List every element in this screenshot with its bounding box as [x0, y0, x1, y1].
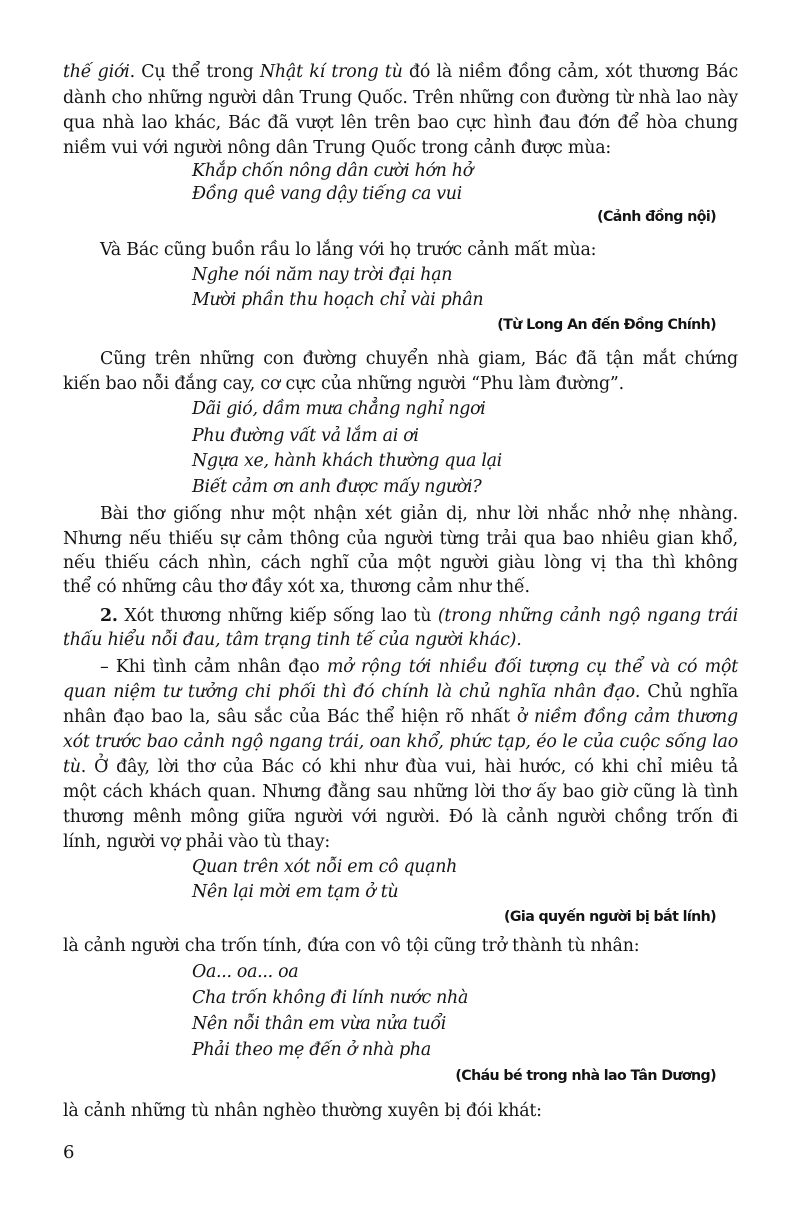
text: . Chủ nghĩa — [635, 682, 738, 702]
page-number: 6 — [63, 1142, 74, 1163]
poem-line: Cha trốn không đi lính nước nhà — [192, 986, 468, 1010]
paragraph-line: kiến bao nỗi đắng cay, cơ cực của những … — [63, 372, 624, 396]
poem-line: Phải theo mẹ đến ở nhà pha — [192, 1038, 431, 1062]
poem-line: Mười phần thu hoạch chỉ vài phân — [192, 288, 483, 312]
italic-phrase: xót trước bao cảnh ngộ ngang trái, oan k… — [63, 732, 738, 752]
poem-line: Khắp chốn nông dân cười hớn hở — [192, 159, 473, 183]
paragraph-line: tù. Ở đây, lời thơ của Bác có khi như đù… — [63, 755, 738, 779]
italic-phrase: (trong những cảnh ngộ ngang trái — [438, 606, 738, 626]
paragraph-line: quan niệm tư tưởng chi phối thì đó chính… — [63, 680, 738, 704]
poem-line: Oa... oa... oa — [192, 960, 298, 984]
italic-phrase: thấu hiểu nỗi đau, tâm trạng tinh tế của… — [63, 630, 522, 650]
poem-line: Nghe nói năm nay trời đại hạn — [192, 263, 452, 287]
poem-source: (Gia quyến người bị bắt lính) — [504, 907, 716, 927]
paragraph-line: niềm vui với người nông dân Trung Quốc t… — [63, 136, 611, 160]
paragraph-line: thế giới. Cụ thể trong Nhật kí trong tù … — [63, 60, 738, 84]
paragraph-line: thấu hiểu nỗi đau, tâm trạng tinh tế của… — [63, 628, 522, 652]
poem-source: (Cảnh đồng nội) — [597, 207, 716, 227]
poem-line: Nên lại mời em tạm ở tù — [192, 880, 398, 904]
paragraph-line: thể có những câu thơ đầy xót xa, thương … — [63, 575, 530, 599]
text: đó là niềm đồng cảm, xót thương Bác — [403, 62, 738, 82]
italic-phrase: tù — [63, 757, 81, 777]
poem-source: (Cháu bé trong nhà lao Tân Dương) — [455, 1066, 716, 1086]
italic-phrase: niềm đồng cảm thương — [534, 707, 738, 727]
paragraph-line: dành cho những người dân Trung Quốc. Trê… — [63, 86, 738, 110]
poem-line: Ngựa xe, hành khách thường qua lại — [192, 449, 502, 473]
paragraph-line: Bài thơ giống như một nhận xét giản dị, … — [100, 502, 738, 526]
paragraph-line: một cách khách quan. Nhưng đằng sau nhữn… — [63, 780, 738, 804]
text: – Khi tình cảm nhân đạo — [100, 657, 327, 677]
poem-line: Đồng quê vang dậy tiếng ca vui — [192, 182, 462, 206]
section-heading: Xót thương những kiếp sống lao tù — [118, 606, 438, 626]
italic-phrase: thế giới — [63, 62, 130, 82]
paragraph-line: qua nhà lao khác, Bác đã vượt lên trên b… — [63, 111, 738, 135]
paragraph-line: Và Bác cũng buồn rầu lo lắng với họ trướ… — [100, 238, 596, 262]
paragraph-line: lính, người vợ phải vào tù thay: — [63, 830, 330, 854]
poem-line: Phu đường vất vả lắm ai ơi — [192, 424, 419, 448]
section-number: 2. — [100, 606, 118, 626]
text: nhân đạo bao la, sâu sắc của Bác thể hiệ… — [63, 707, 534, 727]
section-heading-line: 2. Xót thương những kiếp sống lao tù (tr… — [100, 604, 738, 628]
italic-phrase: mở rộng tới nhiều đối tượng cụ thể và có… — [327, 657, 738, 677]
paragraph-line: thương mênh mông giữa người với người. Đ… — [63, 805, 738, 829]
poem-source: (Từ Long An đến Đồng Chính) — [497, 315, 716, 335]
paragraph-line: nếu thiếu cách nhìn, cách nghĩ của một n… — [63, 551, 738, 575]
poem-line: Quan trên xót nỗi em cô quạnh — [192, 855, 457, 879]
paragraph-line: là cảnh những tù nhân nghèo thường xuyên… — [63, 1099, 542, 1123]
poem-line: Biết cảm ơn anh được mấy người? — [192, 475, 481, 499]
poem-line: Dãi gió, dầm mưa chẳng nghỉ ngơi — [192, 397, 486, 421]
paragraph-line: – Khi tình cảm nhân đạo mở rộng tới nhiề… — [100, 655, 738, 679]
text: . Ở đây, lời thơ của Bác có khi như đùa … — [81, 757, 738, 777]
text: . Cụ thể trong — [130, 62, 260, 82]
paragraph-line: nhân đạo bao la, sâu sắc của Bác thể hiệ… — [63, 705, 738, 729]
paragraph-line: xót trước bao cảnh ngộ ngang trái, oan k… — [63, 730, 738, 754]
book-title: Nhật kí trong tù — [260, 62, 403, 82]
paragraph-line: là cảnh người cha trốn tính, đứa con vô … — [63, 934, 639, 958]
poem-line: Nên nỗi thân em vừa nửa tuổi — [192, 1012, 446, 1036]
paragraph-line: Cũng trên những con đường chuyển nhà gia… — [100, 347, 738, 371]
book-page: thế giới. Cụ thể trong Nhật kí trong tù … — [0, 0, 800, 1221]
italic-phrase: quan niệm tư tưởng chi phối thì đó chính… — [63, 682, 635, 702]
paragraph-line: Nhưng nếu thiếu sự cảm thông của người t… — [63, 527, 738, 551]
